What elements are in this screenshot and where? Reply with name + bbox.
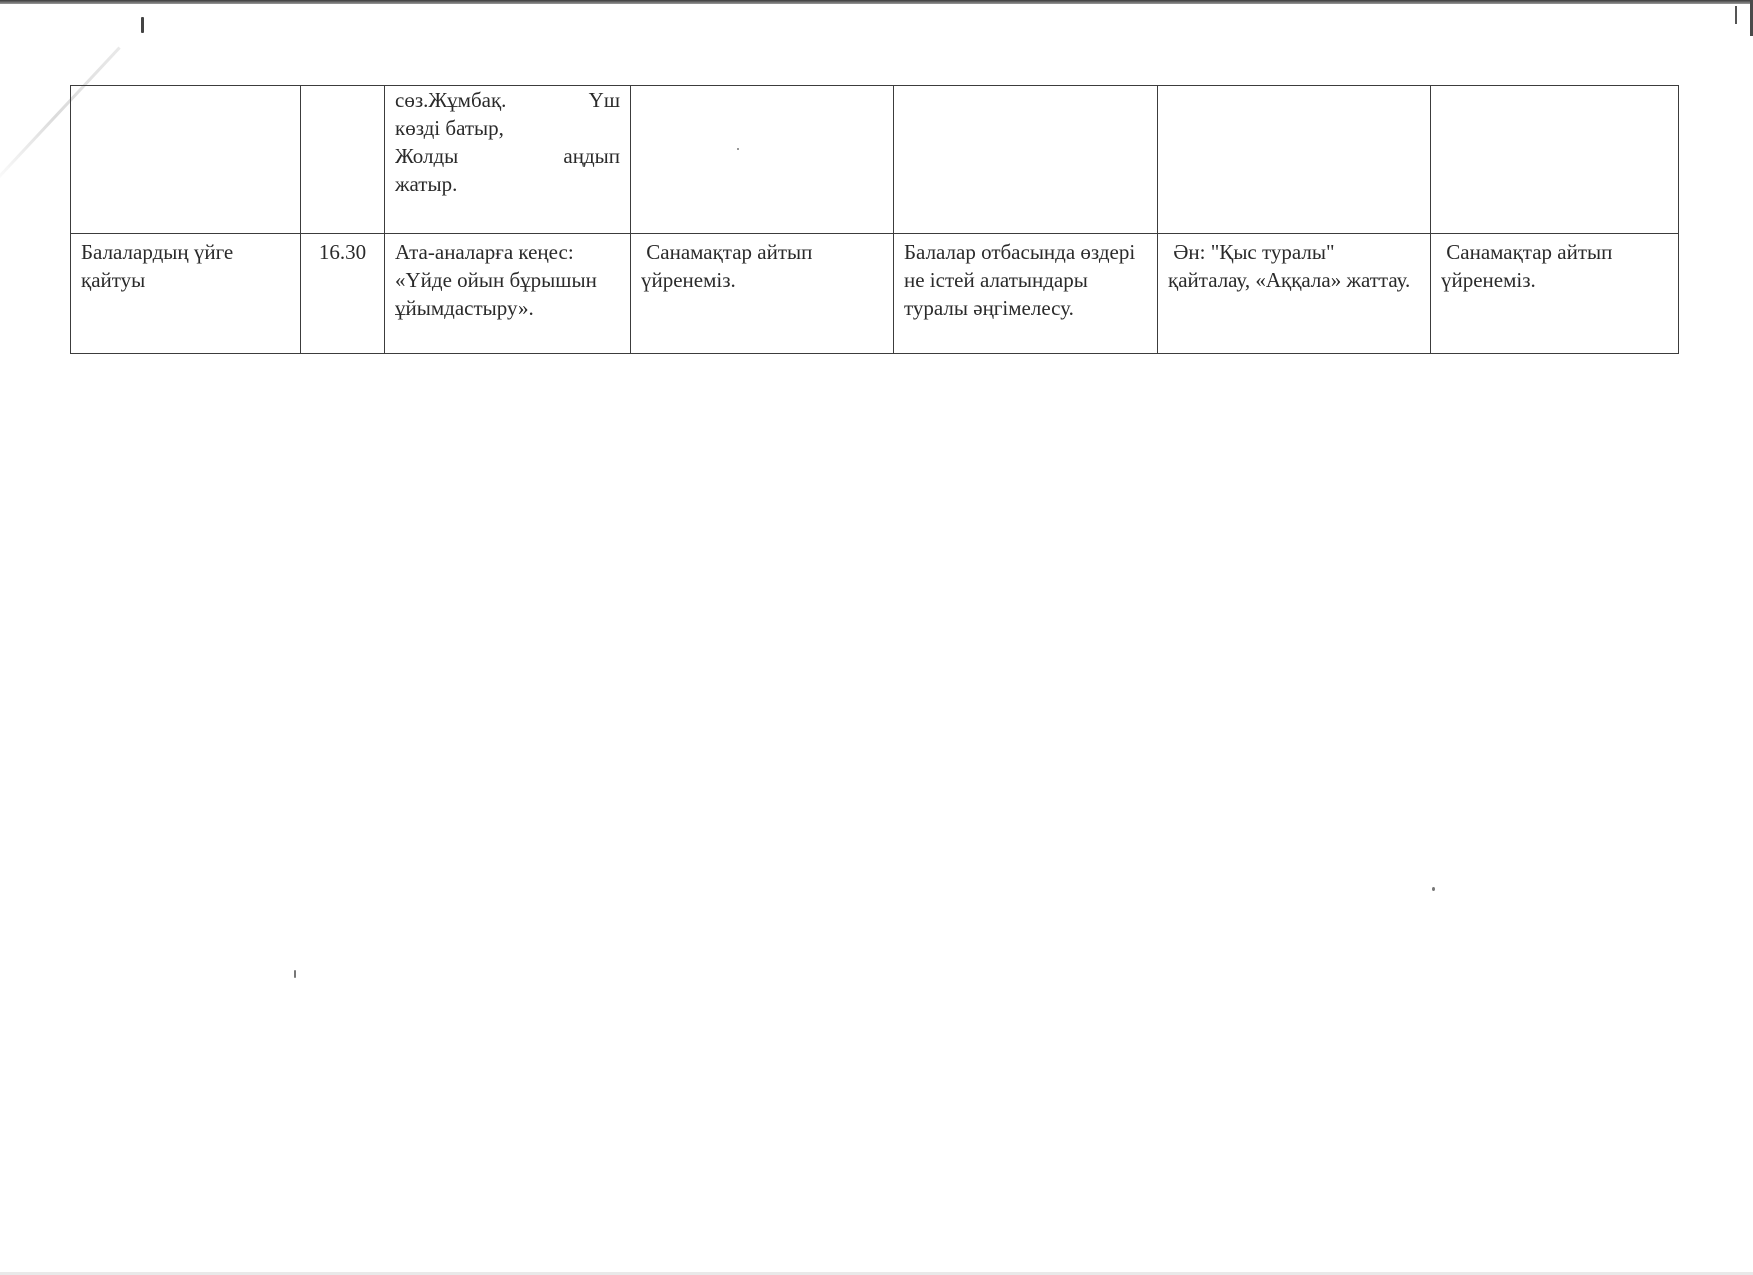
- table-row: сөз.Жұмбақ. Үш көзді батыр, Жолды аңдып …: [71, 86, 1679, 234]
- riddle-line: Жолды аңдып: [395, 142, 620, 170]
- table-row: Балалардың үйге қайтуы 16.30 Ата-аналарғ…: [71, 234, 1679, 354]
- scan-speck: [294, 970, 296, 978]
- content-cell: [1431, 86, 1679, 234]
- time-cell: [301, 86, 385, 234]
- scan-mark: [1735, 6, 1737, 24]
- riddle-line: сөз.Жұмбақ. Үш: [395, 86, 620, 114]
- scan-speck: [1432, 887, 1435, 891]
- scan-top-edge: [0, 0, 1753, 4]
- content-cell: Ата-аналарға кеңес: «Үйде ойын бұрышын ұ…: [385, 234, 631, 354]
- riddle-line: көзді батыр,: [395, 114, 620, 142]
- content-cell: [894, 86, 1158, 234]
- content-cell: Санамақтар айтып үйренеміз.: [631, 234, 894, 354]
- scan-tick-mark: [141, 17, 144, 33]
- content-cell: Ән: "Қыс туралы" қайталау, «Аққала» жатт…: [1158, 234, 1431, 354]
- time-cell: 16.30: [301, 234, 385, 354]
- content-cell: Балалар отбасында өздері не істей алатын…: [894, 234, 1158, 354]
- content-cell: Санамақтар айтып үйренеміз.: [1431, 234, 1679, 354]
- activity-cell: [71, 86, 301, 234]
- daily-plan-table: сөз.Жұмбақ. Үш көзді батыр, Жолды аңдып …: [70, 85, 1679, 354]
- riddle-line: жатыр.: [395, 170, 620, 198]
- activity-cell: Балалардың үйге қайтуы: [71, 234, 301, 354]
- content-cell: сөз.Жұмбақ. Үш көзді батыр, Жолды аңдып …: [385, 86, 631, 234]
- content-cell: [631, 86, 894, 234]
- content-cell: [1158, 86, 1431, 234]
